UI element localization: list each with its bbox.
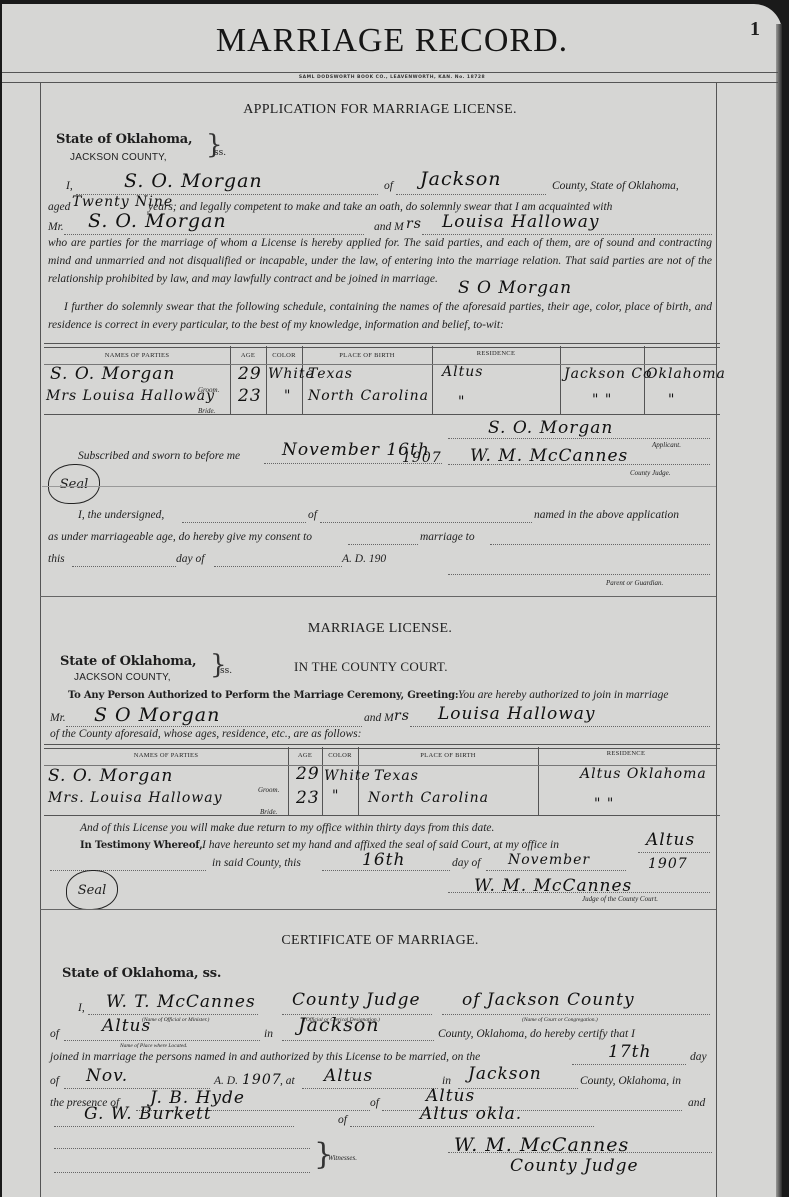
witness-2-name: G. W. Burkett xyxy=(84,1104,212,1124)
cell-birthplace: North Carolina xyxy=(368,790,489,806)
blank-line xyxy=(50,870,206,871)
table-header: NAMES OF PARTIES xyxy=(46,752,286,759)
blank-line xyxy=(442,1014,710,1015)
blank-line xyxy=(302,1088,438,1089)
text: day of xyxy=(452,857,480,869)
text: Mr. xyxy=(50,712,66,724)
table-header: COLOR xyxy=(266,352,302,359)
text: joined in marriage the persons named in … xyxy=(50,1051,480,1063)
text: and M xyxy=(364,712,394,724)
text: aged xyxy=(48,201,70,213)
certificate-county: Jackson xyxy=(298,1014,380,1036)
text: in said County, this xyxy=(212,857,301,869)
table-header: COLOR xyxy=(322,752,358,759)
seal-text: Seal xyxy=(78,883,107,898)
text: marriage to xyxy=(420,531,475,543)
oath-signature: S O Morgan xyxy=(458,278,572,298)
court-caption: (Name of Court or Congregation.) xyxy=(522,1017,598,1023)
cell-birthplace: Texas xyxy=(308,366,353,382)
license-month: November xyxy=(508,852,590,868)
table-header: NAMES OF PARTIES xyxy=(46,352,228,359)
county-label: JACKSON COUNTY, xyxy=(70,152,167,163)
text: County, State of Oklahoma, xyxy=(552,180,679,192)
left-margin-line xyxy=(40,82,41,1197)
blank-line xyxy=(322,870,450,871)
row-divider xyxy=(44,815,720,816)
blank-line xyxy=(214,566,342,567)
blank-line xyxy=(458,1088,578,1089)
text: Subscribed and sworn to before me xyxy=(78,450,240,462)
blank-line xyxy=(410,726,710,727)
page-number: 1 xyxy=(750,18,760,41)
text: I, the undersigned, xyxy=(78,509,164,521)
marriage-year: 1907 xyxy=(242,1072,282,1088)
blank-line xyxy=(66,726,362,727)
greeting-gothic: To Any Person Authorized to Perform the … xyxy=(68,690,458,701)
text: I, xyxy=(78,1002,85,1014)
cell-age: 23 xyxy=(238,386,262,406)
table-top-rule xyxy=(44,744,720,749)
text: this xyxy=(48,553,65,565)
text: of xyxy=(338,1114,347,1126)
witness-2-place: Altus okla. xyxy=(420,1104,522,1124)
place-caption: Name of Place where Located. xyxy=(120,1043,187,1049)
witnesses-label: Witnesses. xyxy=(328,1154,357,1162)
witness-1-place: Altus xyxy=(426,1086,475,1106)
cell-residence-county: Jackson Co xyxy=(564,366,653,382)
seal-stamp: Seal xyxy=(66,870,118,910)
text: County, Oklahoma, do hereby certify that… xyxy=(438,1028,635,1040)
text: A. D. 190 xyxy=(342,553,386,565)
col-divider xyxy=(266,346,267,414)
cell-residence: " " xyxy=(594,796,614,812)
signature-line xyxy=(448,1152,712,1153)
blank-line xyxy=(348,544,418,545)
cell-residence-town: " xyxy=(458,394,465,410)
judge-signature: W. M. McCannes xyxy=(470,446,628,466)
bride-name: Louisa Halloway xyxy=(438,704,596,724)
applicant-signature: S. O. Morgan xyxy=(488,418,613,438)
text: of xyxy=(370,1097,379,1109)
seal-stamp: Seal xyxy=(48,464,100,504)
parent-guardian-label: Parent or Guardian. xyxy=(606,579,663,587)
sworn-year: 1907 xyxy=(402,450,442,466)
text: I, xyxy=(66,180,73,192)
groom-name: S. O. Morgan xyxy=(88,210,227,232)
blank-line xyxy=(54,1126,294,1127)
groom-name: S O Morgan xyxy=(94,704,220,726)
groom-label: Groom. xyxy=(258,786,279,794)
table-top-rule xyxy=(44,343,720,348)
bride-label: Bride. xyxy=(198,407,215,415)
cell-residence-state: Oklahoma xyxy=(646,366,726,382)
ss-label: ss. xyxy=(220,666,232,676)
state-label: State of Oklahoma, xyxy=(60,654,196,669)
text: of xyxy=(50,1075,59,1087)
table-header: PLACE OF BIRTH xyxy=(302,352,432,359)
cell-residence-town: Altus xyxy=(442,364,483,380)
col-divider xyxy=(538,747,539,815)
cell-age: 29 xyxy=(296,764,320,784)
cell-name: S. O. Morgan xyxy=(48,766,173,786)
bride-title: rs xyxy=(394,708,410,724)
certificate-section-title: CERTIFICATE OF MARRIAGE. xyxy=(42,933,718,949)
cell-color: White xyxy=(324,768,371,784)
witness-line xyxy=(54,1172,310,1173)
text: Mr. xyxy=(48,221,64,233)
blank-line xyxy=(486,870,626,871)
text: of xyxy=(384,180,393,192)
testimony-gothic: In Testimony Whereof, xyxy=(80,840,202,851)
text: as under marriageable age, do hereby giv… xyxy=(48,531,312,543)
col-divider xyxy=(432,346,433,414)
blank-line xyxy=(638,852,710,853)
text: County, Oklahoma, in xyxy=(580,1075,681,1087)
blank-line xyxy=(396,194,546,195)
oath-text: who are parties for the marriage of whom… xyxy=(48,234,712,288)
col-divider xyxy=(560,346,561,414)
seal-text: Seal xyxy=(60,477,89,492)
cell-age: 23 xyxy=(296,788,320,808)
court-label: IN THE COUNTY COURT. xyxy=(294,659,494,675)
state-label: State of Oklahoma, ss. xyxy=(62,966,221,981)
judge-signature: W. M. McCannes xyxy=(474,876,632,896)
officiant-title: County Judge xyxy=(510,1156,639,1176)
row-divider xyxy=(44,414,720,415)
judge-label: Judge of the County Court. xyxy=(582,895,658,903)
certificate-place: Altus xyxy=(102,1016,151,1036)
court-name: of Jackson County xyxy=(462,990,635,1010)
bride-name: Louisa Halloway xyxy=(442,212,600,232)
text: of the County aforesaid, whose ages, res… xyxy=(50,728,361,740)
text: named in the above application xyxy=(534,509,679,521)
right-margin-line xyxy=(716,82,717,1197)
record-page: MARRIAGE RECORD. 1 SAML DODSWORTH BOOK C… xyxy=(2,4,782,1197)
page-title: MARRIAGE RECORD. xyxy=(2,22,782,60)
page-edge xyxy=(776,24,782,1197)
blank-line xyxy=(350,1126,594,1127)
text: , at xyxy=(280,1075,295,1087)
official-name: W. T. McCannes xyxy=(106,992,256,1012)
divider xyxy=(2,82,778,83)
cell-color: " xyxy=(284,388,291,404)
cell-residence: Altus Oklahoma xyxy=(580,766,707,782)
col-divider xyxy=(288,747,289,815)
text: and xyxy=(688,1097,705,1109)
blank-line xyxy=(320,522,532,523)
blank-line xyxy=(572,1064,686,1065)
publisher-imprint: SAML DODSWORTH BOOK CO., LEAVENWORTH, KA… xyxy=(2,75,782,80)
blank-line xyxy=(490,544,710,545)
cell-residence-state: " xyxy=(668,392,675,408)
signature-line xyxy=(448,892,710,893)
witness-line xyxy=(54,1148,310,1149)
judge-label: County Judge. xyxy=(630,469,670,477)
county-label: JACKSON COUNTY, xyxy=(74,672,171,683)
divider xyxy=(40,596,716,597)
license-section-title: MARRIAGE LICENSE. xyxy=(42,621,718,637)
return-text: And of this License you will make due re… xyxy=(80,822,494,834)
applicant-name: S. O. Morgan xyxy=(124,170,263,192)
divider xyxy=(40,909,716,910)
table-header: PLACE OF BIRTH xyxy=(358,752,538,759)
table-header: RESIDENCE xyxy=(538,750,714,757)
cell-residence-county: " " xyxy=(592,392,612,408)
text: of xyxy=(308,509,317,521)
greeting-text: You are hereby authorized to join in mar… xyxy=(458,689,669,701)
marriage-month: Nov. xyxy=(86,1066,128,1086)
office-place: Altus xyxy=(646,830,695,850)
official-caption: (Name of Official or Minister.) xyxy=(142,1017,209,1023)
text: in xyxy=(264,1028,273,1040)
bride-label: Bride. xyxy=(260,808,277,816)
cell-color: " xyxy=(332,788,339,804)
text: and M xyxy=(374,221,404,233)
license-day: 16th xyxy=(362,850,405,870)
marriage-county: Jackson xyxy=(468,1064,542,1084)
bride-title: rs xyxy=(406,216,422,232)
marriage-place: Altus xyxy=(324,1066,373,1086)
text: A. D. xyxy=(214,1075,238,1087)
blank-line xyxy=(282,1040,434,1041)
text: of xyxy=(50,1028,59,1040)
cell-name: S. O. Morgan xyxy=(50,364,175,384)
application-section-title: APPLICATION FOR MARRIAGE LICENSE. xyxy=(42,102,718,118)
applicant-label: Applicant. xyxy=(652,441,681,449)
blank-line xyxy=(72,566,176,567)
ss-label: ss. xyxy=(214,148,226,158)
blank-line xyxy=(64,1040,260,1041)
blank-line xyxy=(448,438,710,439)
col-divider xyxy=(322,747,323,815)
table-header: AGE xyxy=(288,752,322,759)
table-header: RESIDENCE xyxy=(432,350,560,357)
county-name: Jackson xyxy=(420,168,502,190)
state-label: State of Oklahoma, xyxy=(56,132,192,147)
schedule-text: I further do solemnly swear that the fol… xyxy=(48,298,712,334)
blank-line xyxy=(182,522,306,523)
cell-name: Mrs. Louisa Halloway xyxy=(48,790,223,806)
blank-line xyxy=(88,1014,258,1015)
table-header: AGE xyxy=(230,352,266,359)
license-year: 1907 xyxy=(648,856,688,872)
blank-line xyxy=(448,464,710,465)
signature-line xyxy=(448,574,710,575)
cell-age: 29 xyxy=(238,364,262,384)
cell-birthplace: Texas xyxy=(374,768,419,784)
marriage-day: 17th xyxy=(608,1042,651,1062)
divider xyxy=(42,486,716,487)
text: day of xyxy=(176,553,204,565)
text: day xyxy=(690,1051,707,1063)
official-designation: County Judge xyxy=(292,990,421,1010)
cell-name: Mrs Louisa Halloway xyxy=(46,388,215,404)
col-divider xyxy=(230,346,231,414)
divider xyxy=(2,72,778,73)
cell-birthplace: North Carolina xyxy=(308,388,429,404)
